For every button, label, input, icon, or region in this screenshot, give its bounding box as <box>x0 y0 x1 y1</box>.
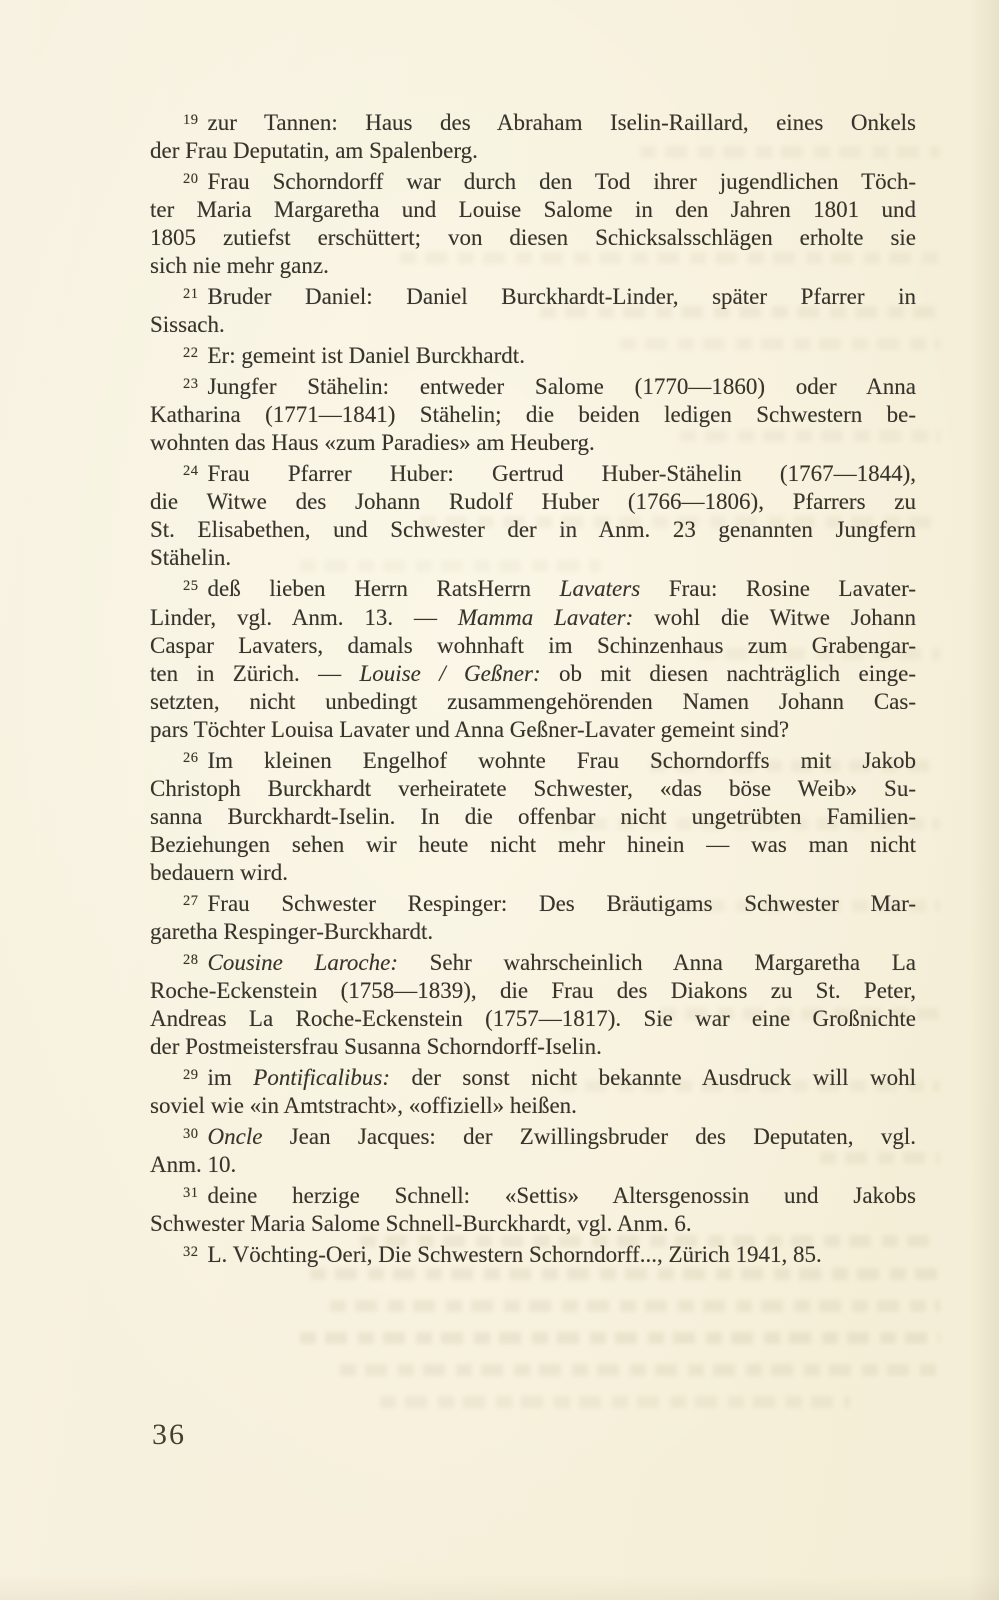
footnote-32-line: 32L. Vöchting-Oeri, Die Schwestern Schor… <box>150 1238 916 1269</box>
footnote-text: Anm. 10. <box>150 1152 236 1177</box>
footnote-number: 26 <box>183 750 199 766</box>
footnote-text: Er: gemeint ist Daniel Burckhardt. <box>208 343 525 368</box>
bleed-through-mark <box>380 1396 850 1408</box>
footnote-text: Stähelin. <box>150 545 231 570</box>
footnote-25-line: pars Töchter Louisa Lavater und Anna Geß… <box>150 716 916 744</box>
footnote-24-line: St. Elisabethen, und Schwester der in An… <box>150 516 916 544</box>
footnote-text: St. Elisabethen, und Schwester der in An… <box>150 517 916 542</box>
footnote-text: Sissach. <box>150 312 225 337</box>
footnote-25-line: ten in Zürich. — Louise / Geßner: ob mit… <box>150 660 916 688</box>
footnote-text: deine herzige Schnell: «Settis» Altersge… <box>208 1183 917 1208</box>
bleed-through-mark <box>330 1300 940 1312</box>
footnote-25-line: Caspar Lavaters, damals wohnhaft im Schi… <box>150 632 916 660</box>
footnote-19-line: 19zur Tannen: Haus des Abraham Iselin-Ra… <box>150 106 916 137</box>
footnote-28-line: der Postmeistersfrau Susanna Schorndorff… <box>150 1033 916 1061</box>
footnote-text: Christoph Burckhardt verheiratete Schwes… <box>150 776 916 801</box>
footnote-text: der Postmeistersfrau Susanna Schorndorff… <box>150 1034 602 1059</box>
footnote-text: Sehr wahrscheinlich Anna Margaretha La <box>398 950 916 975</box>
footnote-23-line: 23Jungfer Stähelin: entweder Salome (177… <box>150 370 916 401</box>
page-number: 36 <box>152 1418 186 1452</box>
footnote-26-line: sanna Burckhardt-Iselin. In die offenbar… <box>150 803 916 831</box>
page-edge-shading <box>969 0 999 1600</box>
footnote-text: deß lieben Herrn RatsHerrn <box>208 577 560 602</box>
footnote-number: 30 <box>183 1126 199 1142</box>
footnote-text: garetha Respinger-Burckhardt. <box>150 919 433 944</box>
footnote-number: 25 <box>183 578 199 594</box>
footnote-20-line: sich nie mehr ganz. <box>150 252 916 280</box>
page-edge-shading <box>0 1574 999 1600</box>
footnote-29-line: soviel wie «in Amtstracht», «offiziell» … <box>150 1092 916 1120</box>
footnote-21-line: Sissach. <box>150 311 916 339</box>
footnote-number: 23 <box>183 376 199 392</box>
footnote-text: die Witwe des Johann Rudolf Huber (1766—… <box>150 489 916 514</box>
footnote-24-line: die Witwe des Johann Rudolf Huber (1766—… <box>150 488 916 516</box>
footnotes-container: 19zur Tannen: Haus des Abraham Iselin-Ra… <box>150 106 916 1269</box>
bleed-through-mark <box>300 1332 940 1344</box>
footnote-text: Jungfer Stähelin: entweder Salome (1770—… <box>208 374 917 399</box>
footnote-text: Beziehungen sehen wir heute nicht mehr h… <box>150 832 916 857</box>
footnote-28-line: Roche-Eckenstein (1758—1839), die Frau d… <box>150 977 916 1005</box>
footnote-text: Jean Jacques: der Zwillingsbruder des De… <box>262 1124 916 1149</box>
footnote-number: 27 <box>183 893 199 909</box>
footnote-text: im <box>208 1065 254 1090</box>
footnote-italic-text: Pontificalibus: <box>253 1065 390 1090</box>
footnote-26-line: 26Im kleinen Engelhof wohnte Frau Schorn… <box>150 744 916 775</box>
footnote-text: Caspar Lavaters, damals wohnhaft im Schi… <box>150 633 916 658</box>
footnote-text: Bruder Daniel: Daniel Burckhardt-Linder,… <box>208 284 917 309</box>
footnote-30-line: Anm. 10. <box>150 1151 916 1179</box>
footnote-25-line: setzten, nicht unbedingt zusammengehören… <box>150 688 916 716</box>
footnote-text: pars Töchter Louisa Lavater und Anna Geß… <box>150 717 789 742</box>
book-page: 19zur Tannen: Haus des Abraham Iselin-Ra… <box>0 0 999 1600</box>
footnote-21-line: 21Bruder Daniel: Daniel Burckhardt-Linde… <box>150 280 916 311</box>
footnote-text: ten in Zürich. — <box>150 661 360 686</box>
footnote-25-line: 25deß lieben Herrn RatsHerrn Lavaters Fr… <box>150 572 916 603</box>
footnote-20-line: ter Maria Margaretha und Louise Salome i… <box>150 196 916 224</box>
footnote-28-line: Andreas La Roche-Eckenstein (1757—1817).… <box>150 1005 916 1033</box>
footnote-text: Andreas La Roche-Eckenstein (1757—1817).… <box>150 1006 916 1031</box>
footnote-number: 24 <box>183 463 199 479</box>
footnote-text: Schwester Maria Salome Schnell-Burckhard… <box>150 1211 692 1236</box>
footnote-text: Roche-Eckenstein (1758—1839), die Frau d… <box>150 978 916 1003</box>
footnote-20-line: 1805 zutiefst erschüttert; von diesen Sc… <box>150 224 916 252</box>
footnote-text: sanna Burckhardt-Iselin. In die offenbar… <box>150 804 916 829</box>
footnote-29-line: 29im Pontificalibus: der sonst nicht bek… <box>150 1061 916 1092</box>
footnote-number: 19 <box>183 112 199 128</box>
footnote-23-line: wohnten das Haus «zum Paradies» am Heube… <box>150 429 916 457</box>
footnote-text: Frau Schwester Respinger: Des Bräutigams… <box>208 891 917 916</box>
footnote-text: soviel wie «in Amtstracht», «offiziell» … <box>150 1093 577 1118</box>
footnote-number: 22 <box>183 345 199 361</box>
footnote-number: 28 <box>183 952 199 968</box>
footnote-24-line: Stähelin. <box>150 544 916 572</box>
footnote-26-line: Christoph Burckhardt verheiratete Schwes… <box>150 775 916 803</box>
footnote-text: zur Tannen: Haus des Abraham Iselin-Rail… <box>208 110 917 135</box>
footnote-text: Katharina (1771—1841) Stähelin; die beid… <box>150 402 916 427</box>
bleed-through-mark <box>340 1364 940 1376</box>
bleed-through-mark <box>310 1268 940 1280</box>
footnote-number: 31 <box>183 1185 199 1201</box>
footnote-text: Frau Schorndorff war durch den Tod ihrer… <box>208 169 917 194</box>
footnote-24-line: 24Frau Pfarrer Huber: Gertrud Huber-Stäh… <box>150 457 916 488</box>
footnote-italic-text: Louise / Geßner: <box>360 661 541 686</box>
footnote-text: Frau: Rosine Lavater- <box>640 577 916 602</box>
footnote-italic-text: Oncle <box>208 1124 263 1149</box>
footnote-text: sich nie mehr ganz. <box>150 253 329 278</box>
footnote-text: wohl die Witwe Johann <box>633 605 916 630</box>
footnote-number: 20 <box>183 171 199 187</box>
footnote-text: bedauern wird. <box>150 860 288 885</box>
footnote-27-line: 27Frau Schwester Respinger: Des Bräutiga… <box>150 887 916 918</box>
footnote-text: Linder, vgl. Anm. 13. — <box>150 605 458 630</box>
footnote-text: ob mit diesen nachträglich einge- <box>541 661 916 686</box>
footnote-text: der Frau Deputatin, am Spalenberg. <box>150 138 478 163</box>
footnote-text: 1805 zutiefst erschüttert; von diesen Sc… <box>150 225 916 250</box>
footnote-italic-text: Cousine Laroche: <box>208 950 399 975</box>
footnote-text: der sonst nicht bekannte Ausdruck will w… <box>390 1065 916 1090</box>
footnote-text: Frau Pfarrer Huber: Gertrud Huber-Stähel… <box>208 461 917 486</box>
footnote-text: ter Maria Margaretha und Louise Salome i… <box>150 197 916 222</box>
footnote-text: Im kleinen Engelhof wohnte Frau Schorndo… <box>208 748 917 773</box>
footnote-31-line: Schwester Maria Salome Schnell-Burckhard… <box>150 1210 916 1238</box>
footnote-26-line: bedauern wird. <box>150 859 916 887</box>
footnote-28-line: 28Cousine Laroche: Sehr wahrscheinlich A… <box>150 946 916 977</box>
footnote-31-line: 31deine herzige Schnell: «Settis» Alters… <box>150 1179 916 1210</box>
footnote-number: 29 <box>183 1067 199 1083</box>
footnote-30-line: 30Oncle Jean Jacques: der Zwillingsbrude… <box>150 1120 916 1151</box>
footnote-23-line: Katharina (1771—1841) Stähelin; die beid… <box>150 401 916 429</box>
footnote-italic-text: Lavaters <box>560 577 641 602</box>
footnote-number: 32 <box>183 1244 199 1260</box>
footnote-26-line: Beziehungen sehen wir heute nicht mehr h… <box>150 831 916 859</box>
footnote-text: wohnten das Haus «zum Paradies» am Heube… <box>150 430 595 455</box>
footnote-italic-text: Mamma Lavater: <box>458 605 633 630</box>
footnote-number: 21 <box>183 286 199 302</box>
footnote-19-line: der Frau Deputatin, am Spalenberg. <box>150 137 916 165</box>
footnote-text: setzten, nicht unbedingt zusammengehören… <box>150 689 916 714</box>
footnote-25-line: Linder, vgl. Anm. 13. — Mamma Lavater: w… <box>150 604 916 632</box>
footnote-20-line: 20Frau Schorndorff war durch den Tod ihr… <box>150 165 916 196</box>
footnote-22-line: 22Er: gemeint ist Daniel Burckhardt. <box>150 339 916 370</box>
footnote-27-line: garetha Respinger-Burckhardt. <box>150 918 916 946</box>
footnote-text: L. Vöchting-Oeri, Die Schwestern Schornd… <box>208 1242 822 1267</box>
